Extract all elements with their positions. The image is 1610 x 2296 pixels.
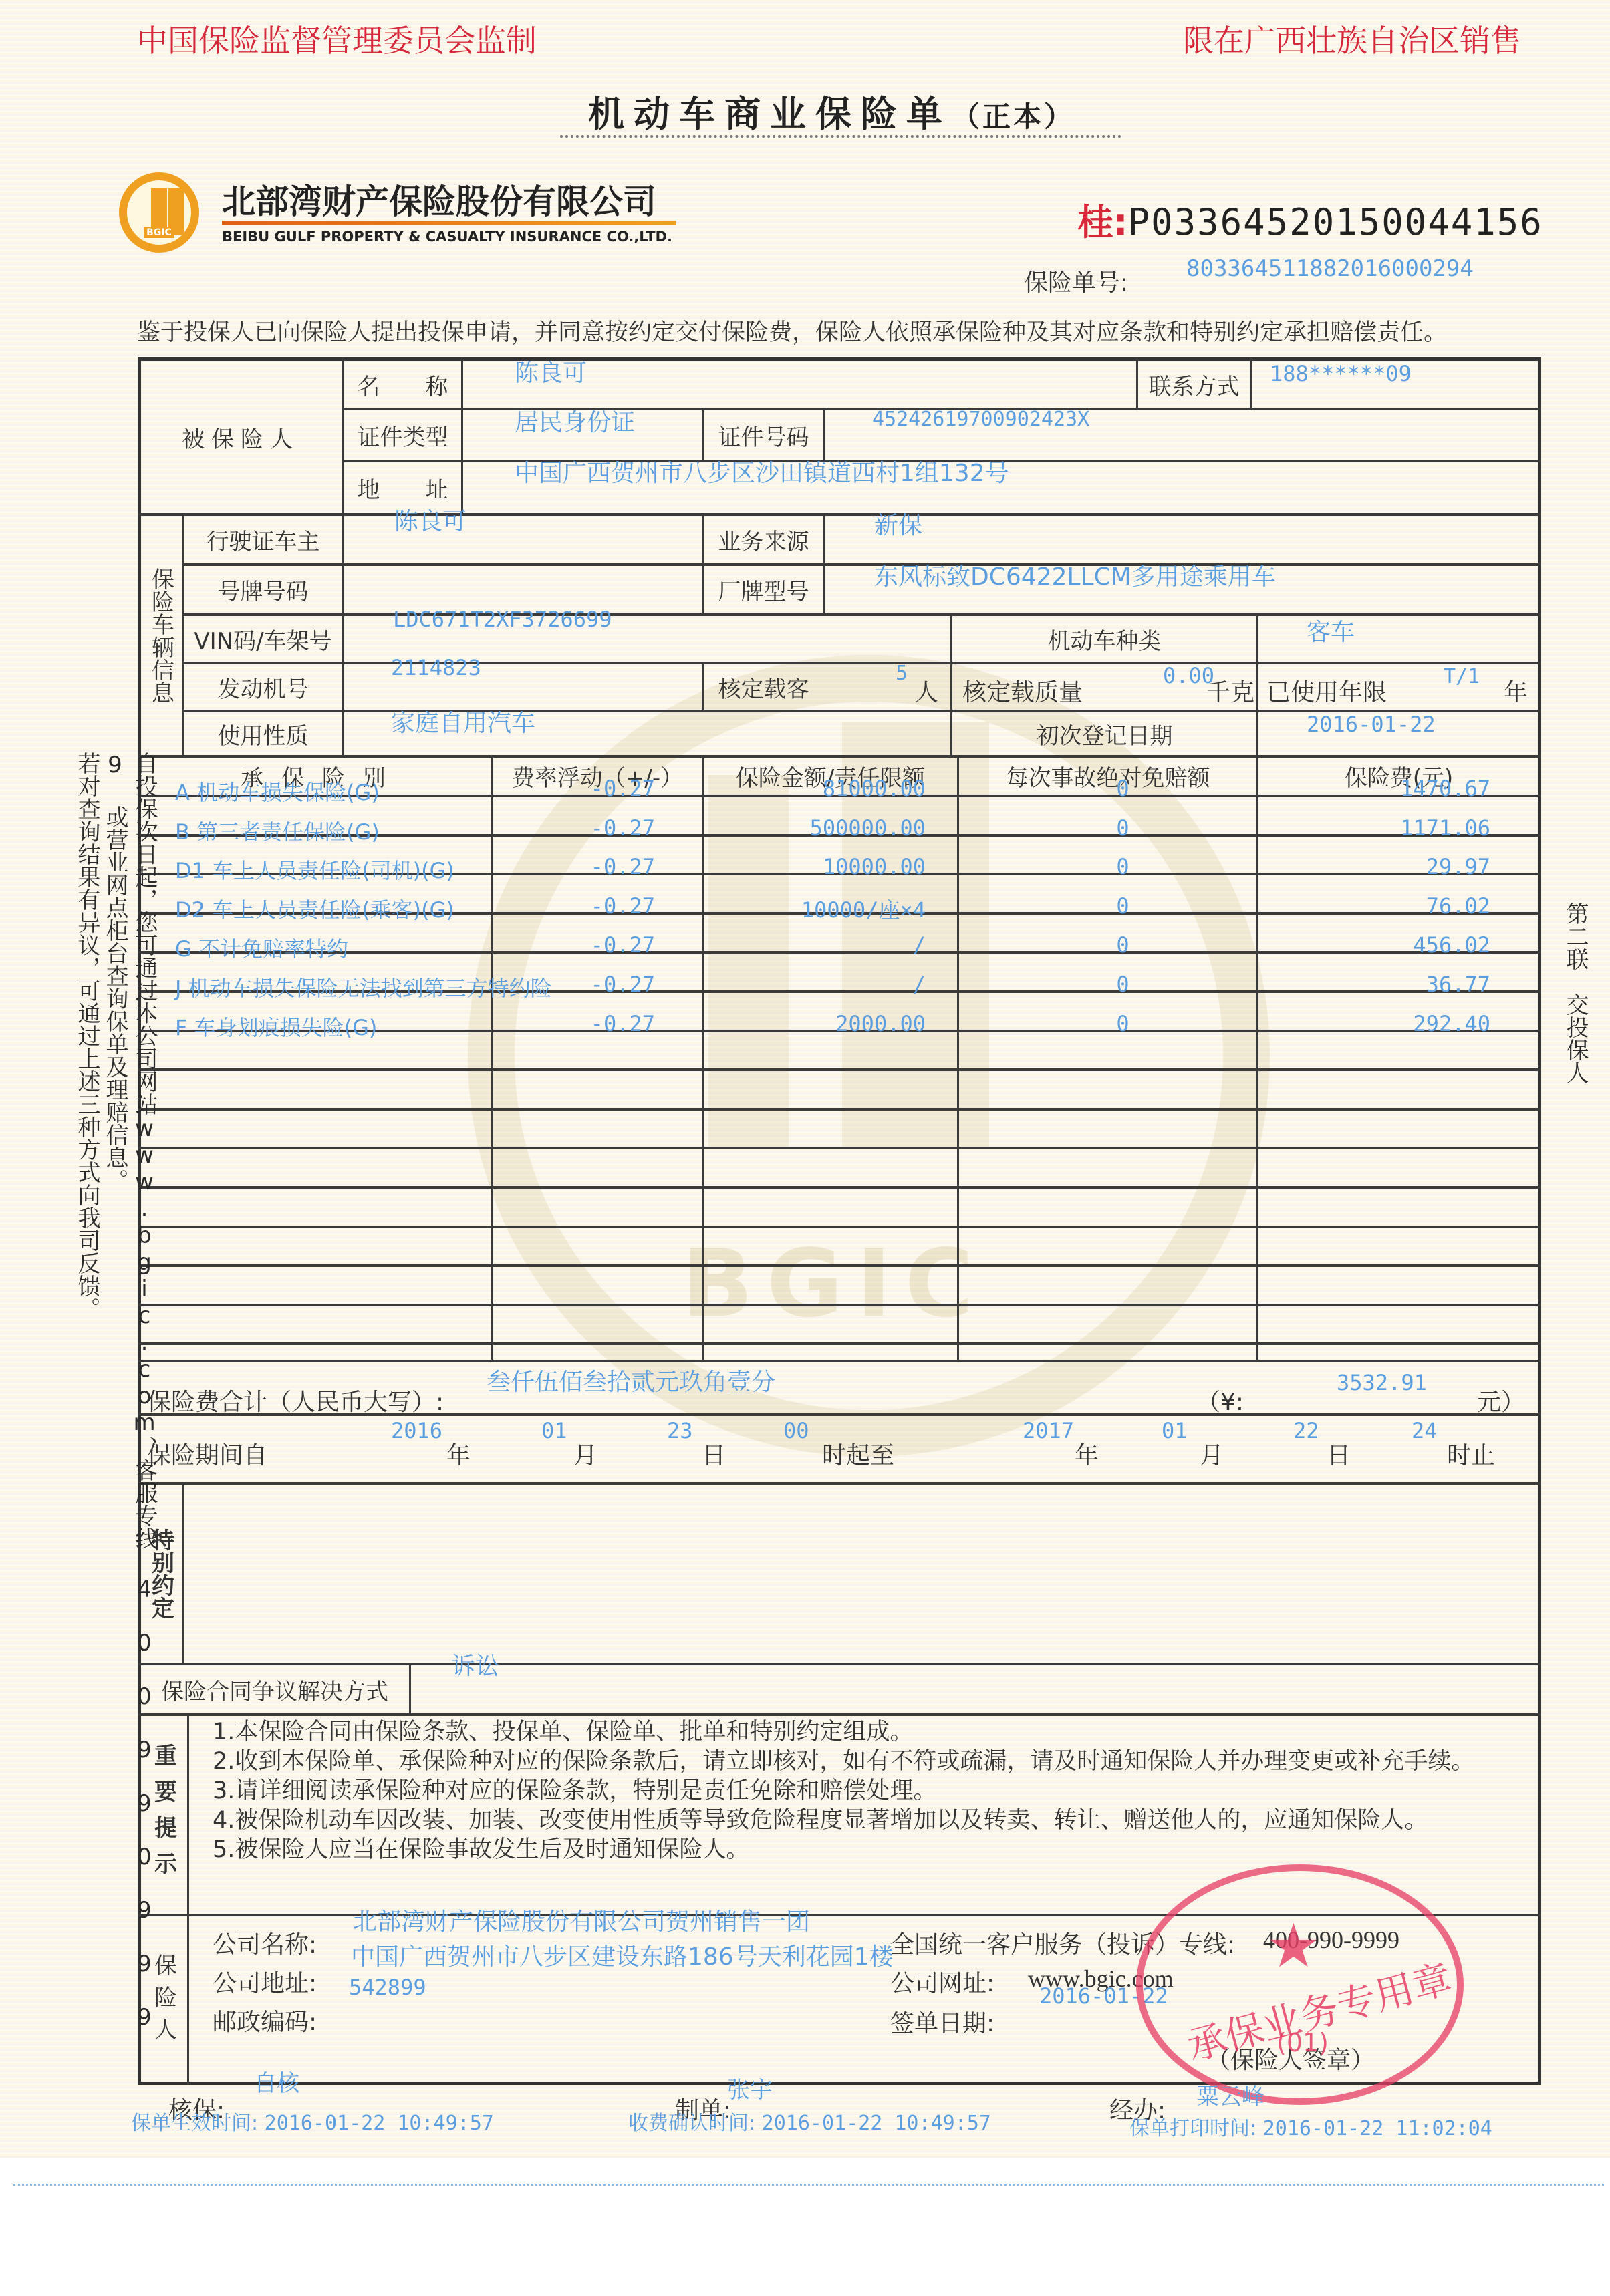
company-logo: BGIC — [119, 172, 199, 253]
seats-label: 核定载客 — [704, 664, 823, 710]
period-to-year: 2017 — [1023, 1418, 1074, 1443]
handler: 粟云峰 — [1196, 2078, 1264, 2111]
unit-day: 日 — [1327, 1437, 1351, 1471]
coverage-amount: 2000.00 — [705, 1011, 926, 1036]
unit-year: 年 — [446, 1437, 471, 1471]
coverage-amount: 500000.00 — [705, 815, 926, 841]
coverage-premium: 292.40 — [1270, 1011, 1490, 1036]
dispute-label: 保险合同争议解决方式 — [140, 1665, 409, 1713]
years-label: 已使用年限 — [1266, 674, 1387, 708]
maker: 张宇 — [727, 2071, 773, 2104]
name-label: 名 称 — [344, 361, 461, 408]
coverage-premium: 456.02 — [1270, 932, 1490, 958]
coverage-rate: -0.27 — [495, 854, 655, 879]
coverage-premium: 76.02 — [1270, 893, 1490, 919]
coverage-rate: -0.27 — [495, 893, 655, 919]
engine-number: 2114823 — [391, 655, 481, 680]
company-divider — [222, 221, 676, 225]
insured-contact: 188******09 — [1270, 361, 1412, 386]
coverage-amount: / — [705, 972, 926, 997]
unit-month: 月 — [573, 1437, 597, 1471]
payment-time: 2016-01-22 10:49:57 — [762, 2112, 991, 2135]
preamble: 鉴于投保人已向保险人提出投保申请，并同意按约定交付保险费，保险人依照承保险种及其… — [137, 314, 1447, 347]
title-text: 机动车商业保险单 — [588, 93, 952, 135]
vin-label: VIN码/车架号 — [184, 616, 342, 662]
period-end-label: 时止 — [1447, 1437, 1495, 1471]
payment-label: 收费确认时间: — [628, 2112, 755, 2135]
coverage-amount: 10000/座×4 — [705, 893, 926, 924]
coverage-amount: / — [705, 932, 926, 958]
coverage-deductible: 0 — [1096, 972, 1150, 997]
total-label: 保险费合计（人民币大写）: — [147, 1383, 444, 1417]
coverage-premium: 1171.06 — [1270, 815, 1490, 841]
load-unit: 千克 — [1206, 674, 1254, 708]
copy-designation: 第二联 交投保人 — [1561, 902, 1590, 1196]
coverage-rate: -0.27 — [495, 932, 655, 958]
vin-number: LDC671T2XF3726699 — [393, 607, 612, 632]
seal-code: (01) — [1277, 2028, 1329, 2057]
serial-prefix: 桂: — [1077, 201, 1128, 243]
years-value: T/1 — [1444, 665, 1480, 688]
serial-number: 桂:P03364520150044156 — [1077, 194, 1543, 245]
insurer-address: 中国广西贺州市八步区建设东路186号天利花园1楼 — [351, 1938, 894, 1972]
coverage-deductible: 0 — [1096, 1011, 1150, 1036]
usage-value: 家庭自用汽车 — [391, 704, 535, 738]
seal-star-icon: ★ — [1266, 1911, 1321, 1981]
coverage-premium: 29.97 — [1270, 854, 1490, 879]
coverage-rate: -0.27 — [495, 1011, 655, 1036]
coverage-amount: 81000.00 — [705, 776, 926, 801]
postcode-label: 邮政编码: — [213, 2003, 317, 2037]
usage-label: 使用性质 — [184, 712, 342, 755]
notice-list: 1.本保险合同由保险条款、投保单、保险单、批单和特别约定组成。 2.收到本保险单… — [213, 1717, 1522, 1864]
business-source: 新保 — [874, 507, 922, 541]
page-margin — [0, 2158, 1610, 2296]
vehicle-category: 客车 — [1307, 613, 1355, 648]
sales-region: 限在广西壮族自治区销售 — [1183, 17, 1521, 61]
period-from-hour: 00 — [783, 1418, 809, 1443]
insurer-address-label: 公司地址: — [213, 1965, 317, 1999]
company-name-en: BEIBU GULF PROPERTY & CASUALTY INSURANCE… — [222, 229, 672, 245]
owner-label: 行驶证车主 — [184, 516, 342, 563]
notice-item: 4.被保险机动车因改装、加装、改变使用性质等导致危险程度显著增加以及转卖、转让、… — [213, 1806, 1522, 1835]
period-to-label: 时起至 — [822, 1437, 894, 1471]
insured-id-no: 45242619700902423X — [872, 408, 1089, 431]
insured-section-label: 被保险人 — [140, 361, 341, 513]
notice-item: 2.收到本保险单、承保险种对应的保险条款后，请立即核对，如有不符或疏漏，请及时通… — [213, 1747, 1522, 1776]
total-in-words: 叁仟伍佰叁拾贰元玖角壹分 — [487, 1363, 775, 1397]
company-name-cn: 北部湾财产保险股份有限公司 — [222, 175, 656, 223]
unit-month: 月 — [1200, 1437, 1224, 1471]
period-from-month: 01 — [541, 1418, 567, 1443]
payment-time-row: 收费确认时间: 2016-01-22 10:49:57 — [628, 2106, 991, 2136]
contact-label: 联系方式 — [1138, 361, 1250, 408]
serial-value: P03364520150044156 — [1128, 201, 1543, 243]
seats-value: 5 — [896, 662, 908, 685]
document-title: 机动车商业保险单（正本） — [588, 86, 1075, 137]
load-label: 核定载质量 — [962, 674, 1083, 708]
sign-date-label: 签单日期: — [890, 2005, 994, 2039]
effective-label: 保单生效时间: — [131, 2112, 258, 2135]
insurer-name-label: 公司名称: — [213, 1926, 317, 1960]
period-from-label: 保险期间自 — [147, 1437, 267, 1471]
reg-date-label: 初次登记日期 — [952, 712, 1256, 755]
model-label: 厂牌型号 — [704, 566, 823, 613]
notice-item: 1.本保险合同由保险条款、投保单、保险单、批单和特别约定组成。 — [213, 1717, 1522, 1747]
reg-date: 2016-01-22 — [1307, 712, 1436, 737]
notice-item: 5.被保险人应当在保险事故发生后及时通知保险人。 — [213, 1835, 1522, 1864]
insured-id-type: 居民身份证 — [515, 404, 635, 438]
coverage-premium: 1470.67 — [1270, 776, 1490, 801]
total-amount: 3532.91 — [1337, 1370, 1427, 1395]
vehicle-section-label: 保险车辆信息 — [140, 516, 182, 755]
engine-label: 发动机号 — [184, 664, 342, 710]
underwriter: 自核 — [254, 2065, 299, 2098]
postcode: 542899 — [349, 1975, 426, 2000]
coverage-amount: 10000.00 — [705, 854, 926, 879]
id-no-label: 证件号码 — [704, 410, 823, 460]
print-label: 保单打印时间: — [1129, 2117, 1256, 2140]
website-label: 公司网址: — [890, 1965, 994, 1999]
total-yuan-prefix: （¥: — [1196, 1383, 1244, 1417]
coverage-deductible: 0 — [1096, 854, 1150, 879]
coverage-premium: 36.77 — [1270, 972, 1490, 997]
insured-name: 陈良可 — [515, 354, 587, 388]
coverage-deductible: 0 — [1096, 893, 1150, 919]
company-seal: ★ 承保业务专用章 (01) — [1136, 1864, 1464, 2105]
logo-text: BGIC — [144, 227, 174, 238]
coverage-rate: -0.27 — [495, 815, 655, 841]
coverage-rate: -0.27 — [495, 972, 655, 997]
vehicle-model: 东风标致DC6422LLCM多用途乘用车 — [874, 558, 1276, 592]
notice-item: 3.请详细阅读承保险种对应的保险条款，特别是责任免除和赔偿处理。 — [213, 1776, 1522, 1806]
total-yuan-suffix: 元） — [1477, 1383, 1525, 1417]
unit-day: 日 — [702, 1437, 726, 1471]
seats-unit: 人 — [914, 674, 938, 708]
insurer-name: 北部湾财产保险股份有限公司贺州销售一团 — [353, 1903, 810, 1937]
source-label: 业务来源 — [704, 516, 823, 563]
title-suffix: （正本） — [952, 100, 1075, 133]
title-underline — [560, 135, 1121, 140]
insured-address: 中国广西贺州市八步区沙田镇道西村1组132号 — [515, 454, 1009, 488]
effective-time-row: 保单生效时间: 2016-01-22 10:49:57 — [131, 2106, 494, 2136]
policy-no-label: 保险单号: — [1024, 264, 1128, 298]
plate-label: 号牌号码 — [184, 566, 342, 613]
tear-line — [13, 2184, 1604, 2186]
period-from-year: 2016 — [391, 1418, 442, 1443]
period-from-day: 23 — [667, 1418, 693, 1443]
side-note-col2: 若对查询结果有异议，可通过上述三种方式向我司反馈。 — [72, 752, 102, 1353]
vehicle-owner: 陈良可 — [394, 503, 466, 537]
category-label: 机动车种类 — [952, 616, 1256, 662]
coverage-rate: -0.27 — [495, 776, 655, 801]
coverage-deductible: 0 — [1096, 776, 1150, 801]
side-note-col1: 自投保次日起，您可通过本公司网站www.bgic.com、客服专线 4 0 0 … — [100, 752, 159, 2041]
effective-time: 2016-01-22 10:49:57 — [265, 2112, 494, 2135]
print-time: 2016-01-22 11:02:04 — [1263, 2117, 1492, 2140]
period-to-hour: 24 — [1412, 1418, 1438, 1443]
policy-no: 803364511882016000294 — [1186, 255, 1474, 282]
period-to-month: 01 — [1162, 1418, 1188, 1443]
unit-year: 年 — [1075, 1437, 1099, 1471]
dispute-value: 诉讼 — [451, 1647, 499, 1681]
coverage-deductible: 0 — [1096, 932, 1150, 958]
period-to-day: 22 — [1293, 1418, 1319, 1443]
coverage-deductible: 0 — [1096, 815, 1150, 841]
print-time-row: 保单打印时间: 2016-01-22 11:02:04 — [1129, 2112, 1492, 2141]
supervised-by: 中国保险监督管理委员会监制 — [137, 17, 537, 61]
years-unit: 年 — [1504, 674, 1528, 708]
id-type-label: 证件类型 — [344, 410, 461, 460]
